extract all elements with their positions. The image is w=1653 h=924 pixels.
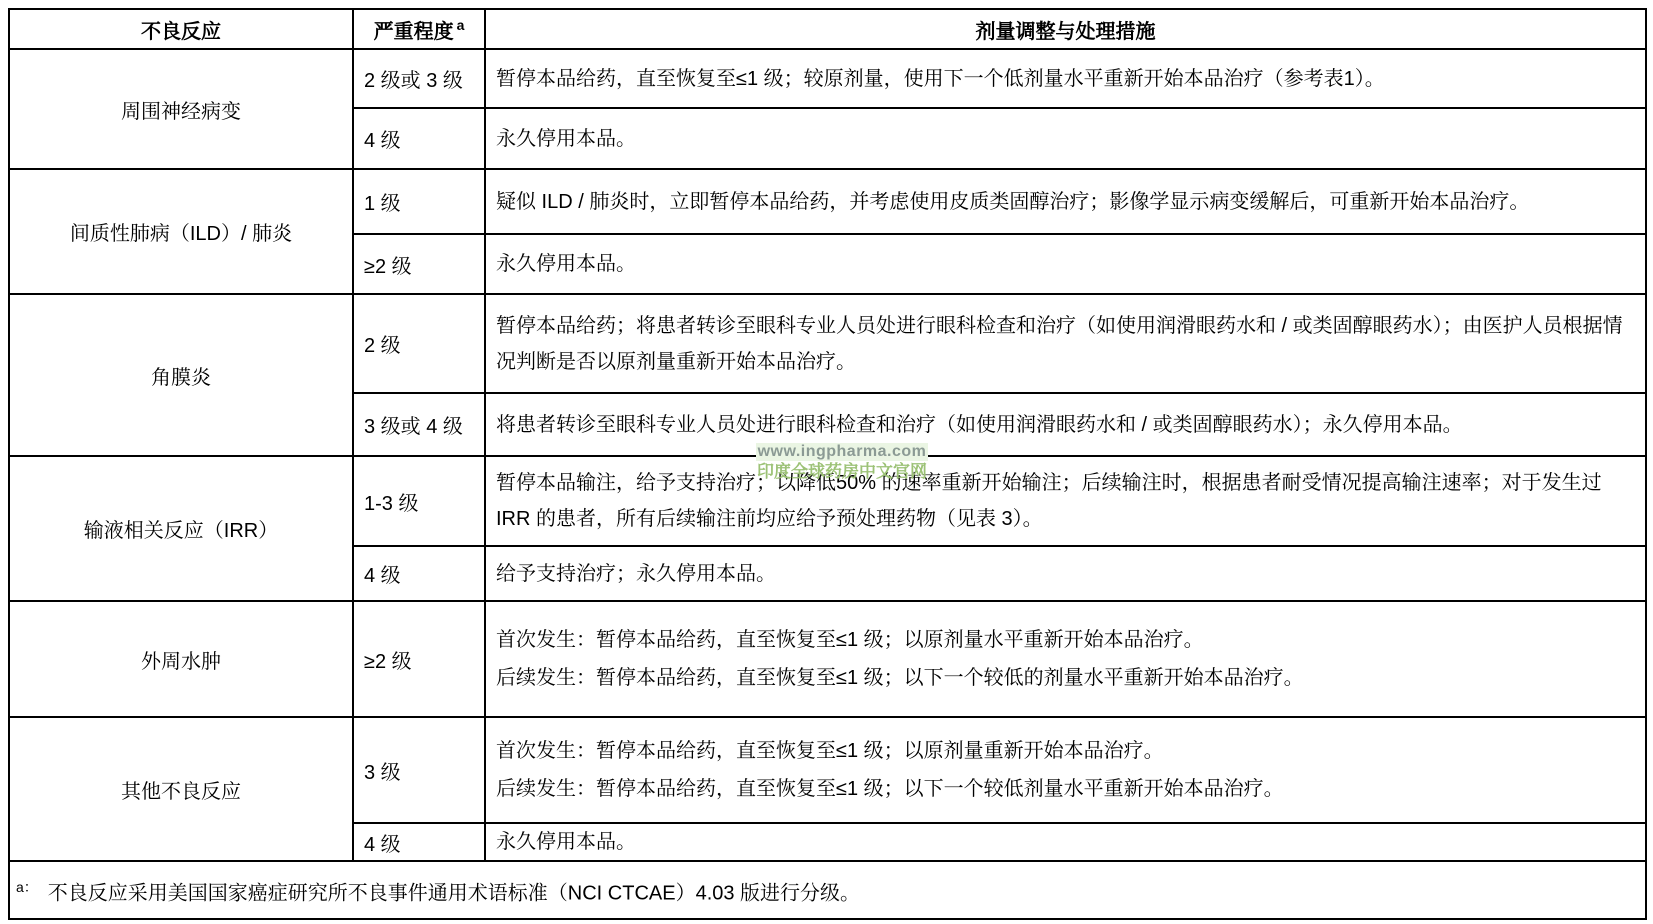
footnote-cell: a：不良反应采用美国国家癌症研究所不良事件通用术语标准（NCI CTCAE）4.…	[9, 861, 1646, 919]
severity-cell: 3 级或 4 级	[353, 393, 485, 456]
severity-cell: ≥2 级	[353, 601, 485, 717]
measure-cell: 将患者转诊至眼科专业人员处进行眼科检查和治疗（如使用润滑眼药水和 / 或类固醇眼…	[485, 393, 1646, 456]
table-row: 外周水肿 ≥2 级 首次发生：暂停本品给药，直至恢复至≤1 级；以原剂量水平重新…	[9, 601, 1646, 717]
dose-adjustment-table: 不良反应 严重程度a 剂量调整与处理措施 周围神经病变 2 级或 3 级 暂停本…	[8, 8, 1647, 920]
measure-cell: 暂停本品输注，给予支持治疗；以降低50% 的速率重新开始输注；后续输注时，根据患…	[485, 456, 1646, 546]
measure-line-subsequent-occurrence: 后续发生：暂停本品给药，直至恢复至≤1 级；以下一个较低的剂量水平重新开始本品治…	[496, 659, 1635, 697]
document-page: 不良反应 严重程度a 剂量调整与处理措施 周围神经病变 2 级或 3 级 暂停本…	[0, 0, 1653, 924]
severity-cell: 1-3 级	[353, 456, 485, 546]
table-row: 输液相关反应（IRR） 1-3 级 暂停本品输注，给予支持治疗；以降低50% 的…	[9, 456, 1646, 546]
severity-cell: 4 级	[353, 546, 485, 601]
measure-cell: 给予支持治疗；永久停用本品。	[485, 546, 1646, 601]
table-row: 角膜炎 2 级 暂停本品给药；将患者转诊至眼科专业人员处进行眼科检查和治疗（如使…	[9, 294, 1646, 393]
reaction-cell-peripheral-neuropathy: 周围神经病变	[9, 49, 353, 169]
measure-cell: 首次发生：暂停本品给药，直至恢复至≤1 级；以原剂量重新开始本品治疗。 后续发生…	[485, 717, 1646, 823]
measure-line-first-occurrence: 首次发生：暂停本品给药，直至恢复至≤1 级；以原剂量重新开始本品治疗。	[496, 732, 1635, 770]
reaction-cell-infusion-related-reaction: 输液相关反应（IRR）	[9, 456, 353, 601]
severity-cell: 2 级或 3 级	[353, 49, 485, 108]
measure-cell: 永久停用本品。	[485, 234, 1646, 294]
reaction-cell-peripheral-edema: 外周水肿	[9, 601, 353, 717]
header-severity-label: 严重程度	[374, 21, 454, 43]
measure-cell: 疑似 ILD / 肺炎时，立即暂停本品给药，并考虑使用皮质类固醇治疗；影像学显示…	[485, 169, 1646, 234]
severity-cell: ≥2 级	[353, 234, 485, 294]
severity-cell: 1 级	[353, 169, 485, 234]
measure-line-first-occurrence: 首次发生：暂停本品给药，直至恢复至≤1 级；以原剂量水平重新开始本品治疗。	[496, 621, 1635, 659]
measure-line-subsequent-occurrence: 后续发生：暂停本品给药，直至恢复至≤1 级；以下一个较低剂量水平重新开始本品治疗…	[496, 770, 1635, 808]
footnote-text: 不良反应采用美国国家癌症研究所不良事件通用术语标准（NCI CTCAE）4.03…	[48, 882, 860, 904]
measure-cell: 永久停用本品。	[485, 823, 1646, 861]
measure-cell: 暂停本品给药；将患者转诊至眼科专业人员处进行眼科检查和治疗（如使用润滑眼药水和 …	[485, 294, 1646, 393]
header-severity-superscript: a	[457, 17, 465, 33]
measure-cell: 暂停本品给药，直至恢复至≤1 级；较原剂量，使用下一个低剂量水平重新开始本品治疗…	[485, 49, 1646, 108]
severity-cell: 4 级	[353, 823, 485, 861]
measure-cell: 首次发生：暂停本品给药，直至恢复至≤1 级；以原剂量水平重新开始本品治疗。 后续…	[485, 601, 1646, 717]
severity-cell: 4 级	[353, 108, 485, 169]
footnote-marker: a：	[16, 879, 38, 895]
header-measures: 剂量调整与处理措施	[485, 9, 1646, 49]
reaction-cell-keratitis: 角膜炎	[9, 294, 353, 456]
header-adverse-reaction: 不良反应	[9, 9, 353, 49]
severity-cell: 3 级	[353, 717, 485, 823]
reaction-cell-other-adverse-reactions: 其他不良反应	[9, 717, 353, 861]
measure-cell: 永久停用本品。	[485, 108, 1646, 169]
reaction-cell-ild-pneumonitis: 间质性肺病（ILD）/ 肺炎	[9, 169, 353, 294]
footnote-row: a：不良反应采用美国国家癌症研究所不良事件通用术语标准（NCI CTCAE）4.…	[9, 861, 1646, 919]
table-row: 间质性肺病（ILD）/ 肺炎 1 级 疑似 ILD / 肺炎时，立即暂停本品给药…	[9, 169, 1646, 234]
table-row: 周围神经病变 2 级或 3 级 暂停本品给药，直至恢复至≤1 级；较原剂量，使用…	[9, 49, 1646, 108]
severity-cell: 2 级	[353, 294, 485, 393]
header-severity: 严重程度a	[353, 9, 485, 49]
table-row: 其他不良反应 3 级 首次发生：暂停本品给药，直至恢复至≤1 级；以原剂量重新开…	[9, 717, 1646, 823]
table-header-row: 不良反应 严重程度a 剂量调整与处理措施	[9, 9, 1646, 49]
